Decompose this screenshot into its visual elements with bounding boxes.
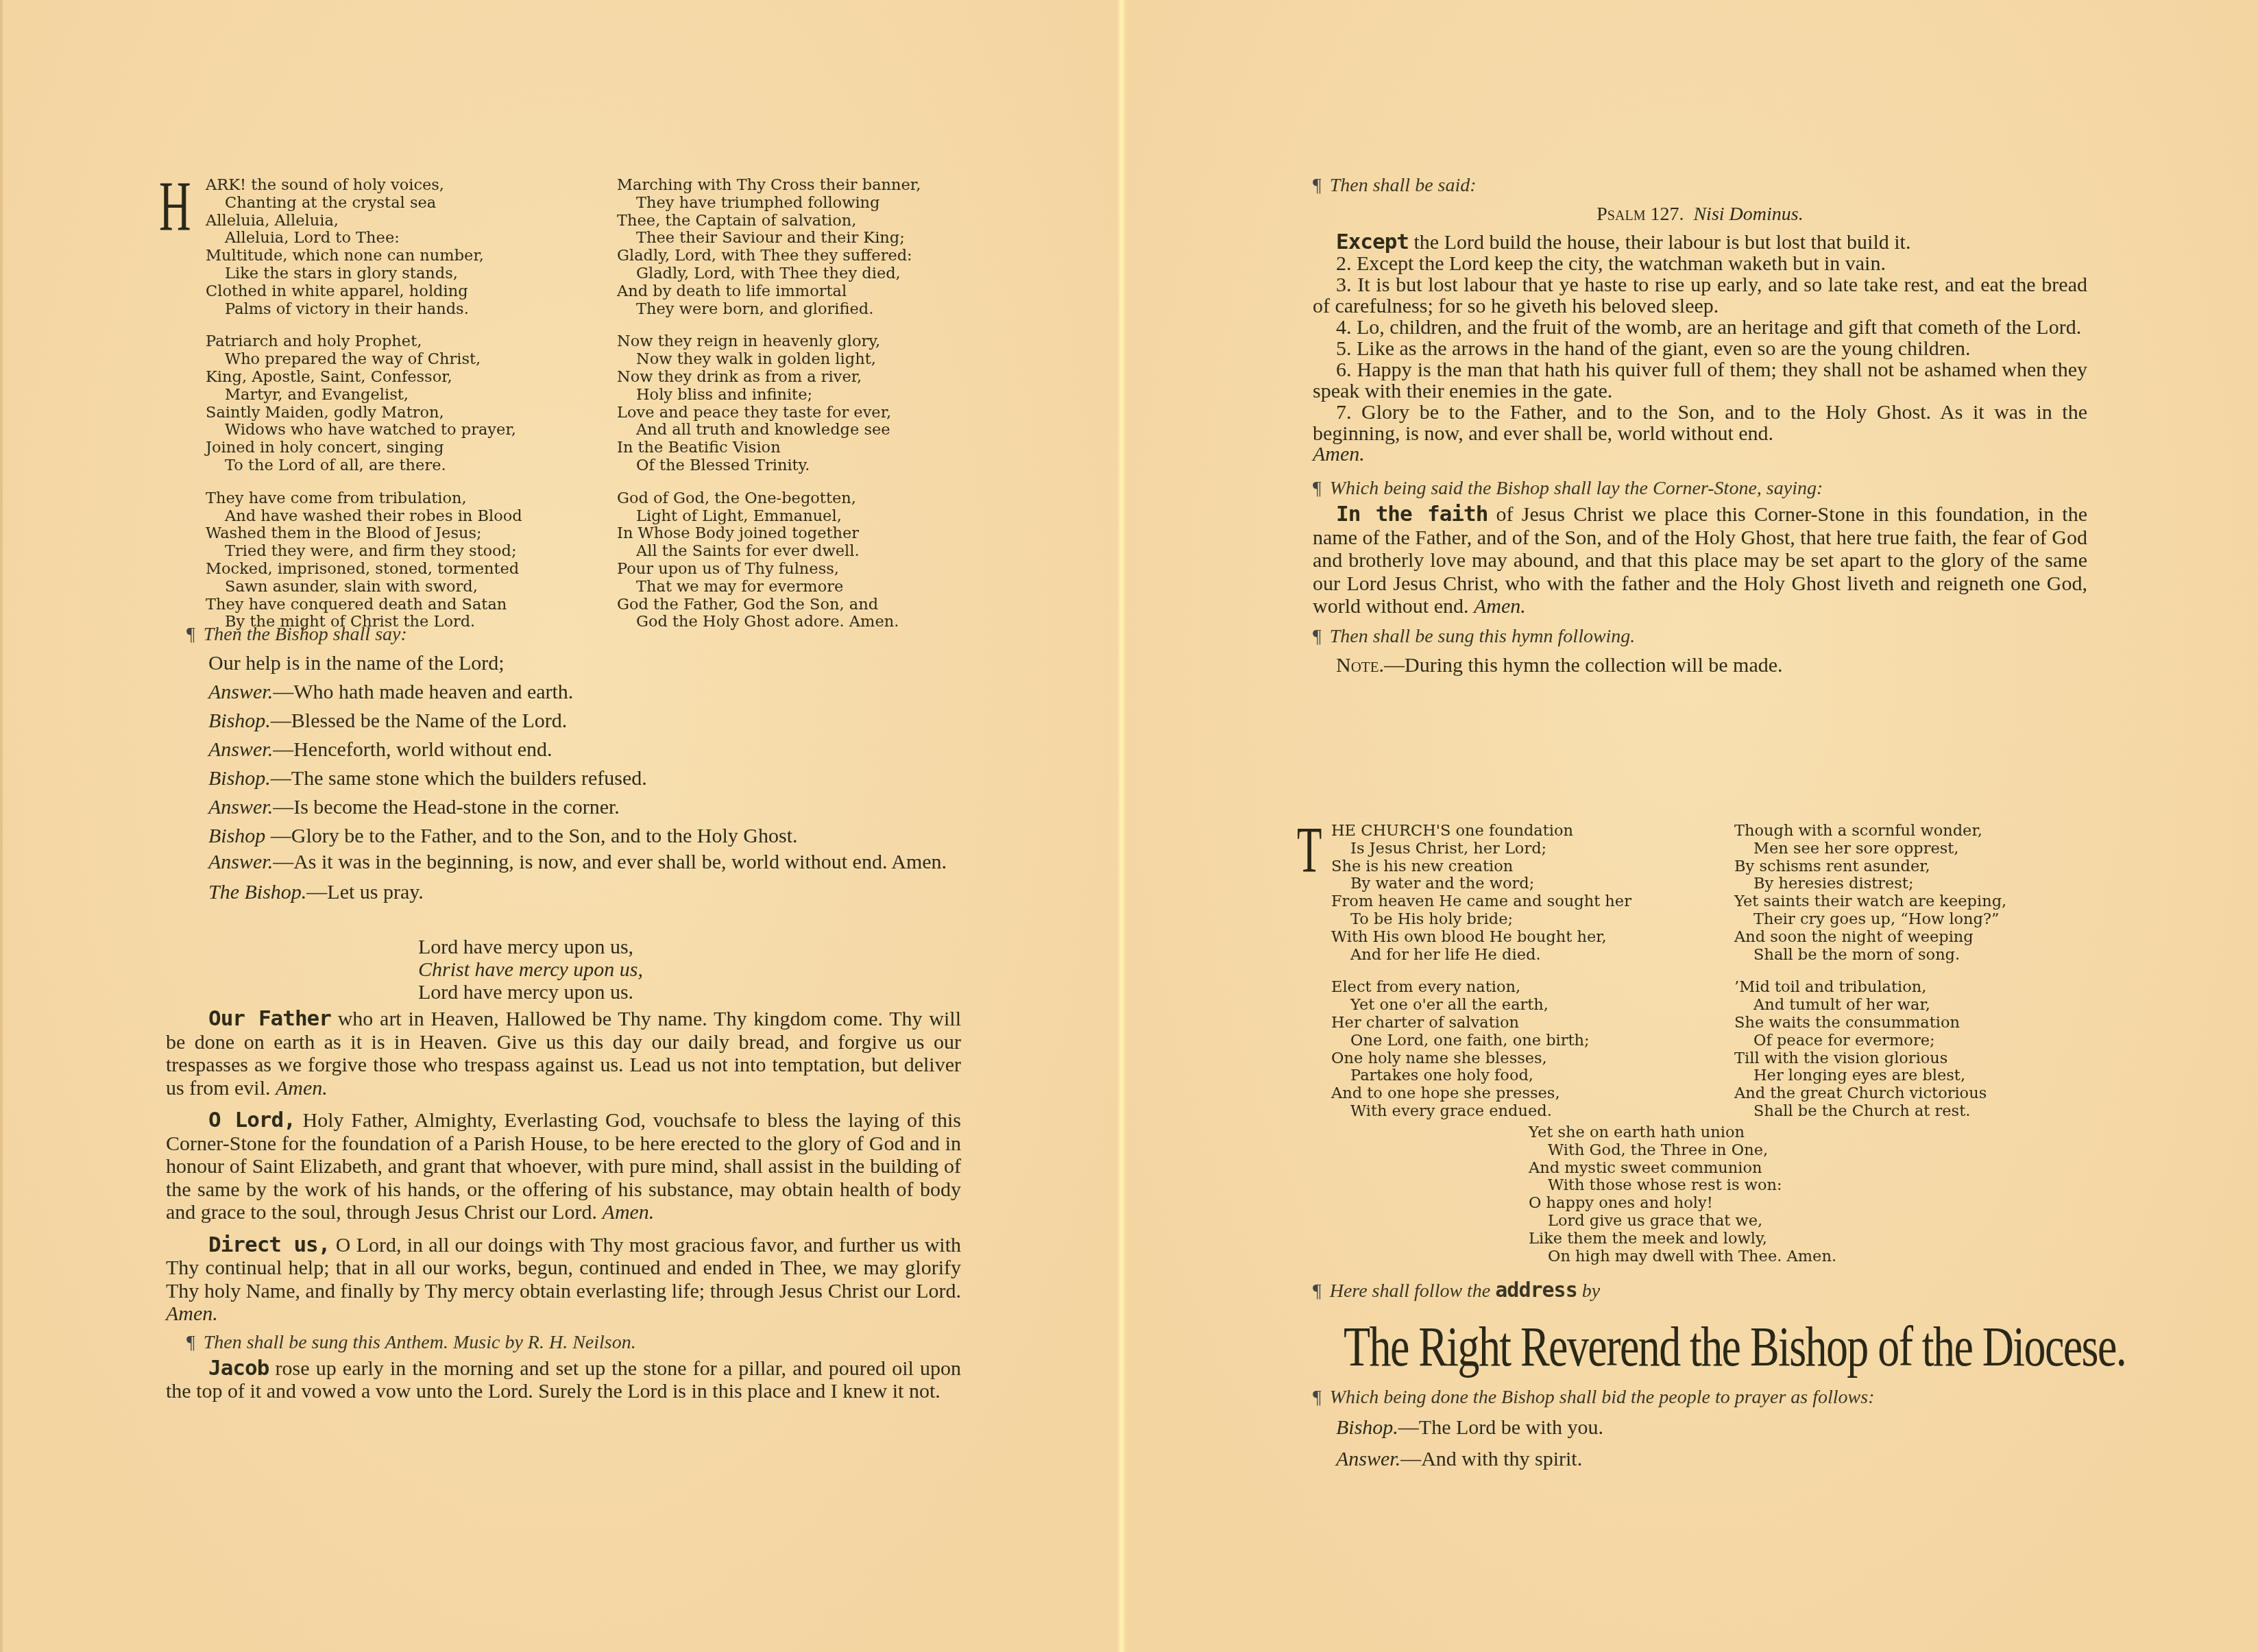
hymn-line: To the Lord of all, are there. — [206, 457, 522, 475]
pilcrow-icon: ¶ — [1313, 478, 1322, 499]
hymn-line: O happy ones and holy! — [1529, 1195, 1836, 1213]
hymn-line: Shall be the Church at rest. — [1734, 1103, 2006, 1121]
speaker-label: Answer. — [1336, 1448, 1400, 1470]
in-the-faith: In the faith of Jesus Christ we place th… — [1313, 503, 2087, 618]
page-edge — [0, 0, 3, 1652]
hymn-line: Chanting at the crystal sea — [206, 195, 522, 212]
hymn-line: Of the Blessed Trinity. — [617, 457, 921, 475]
hymn-stanza: Now they reign in heavenly glory,Now the… — [617, 333, 921, 474]
rubric-cornerstone: ¶Which being said the Bishop shall lay t… — [1313, 474, 2087, 503]
hymn-line: Thee their Saviour and their King; — [617, 230, 921, 247]
hymn-line: Martyr, and Evangelist, — [206, 387, 522, 404]
hymn-line: Now they reign in heavenly glory, — [617, 333, 921, 351]
hymn-stanza: ’Mid toil and tribulation,And tumult of … — [1734, 979, 2006, 1120]
closing-versicle: Bishop.—The Lord be with you. — [1336, 1412, 2087, 1444]
rubric-prayer: ¶Which being done the Bishop shall bid t… — [1313, 1383, 2087, 1412]
hymn-line: They have triumphed following — [617, 195, 921, 212]
hymn-stanza: Though with a scornful wonder,Men see he… — [1734, 823, 2006, 964]
hymn-line: And to one hope she presses, — [1331, 1085, 1631, 1103]
hymn-line: Men see her sore opprest, — [1734, 840, 2006, 858]
versicle-text: —The same stone which the builders refus… — [271, 767, 647, 790]
hymn1-column-1: ARK! the sound of holy voices,Chanting a… — [206, 177, 522, 646]
speaker-label: Answer. — [208, 681, 273, 703]
hymn-line: Till with the vision glorious — [1734, 1050, 2006, 1068]
versicle: Bishop.—The same stone which the builder… — [208, 764, 968, 793]
versicle-text: —Who hath made heaven and earth. — [273, 681, 573, 703]
hymn-line: Their cry goes up, “How long?” — [1734, 911, 2006, 929]
versicle-text: —Henceforth, world without end. — [273, 738, 552, 761]
hymn-line: Tried they were, and firm they stood; — [206, 543, 522, 561]
psalm-verse: Except the Lord build the house, their l… — [1313, 232, 2087, 253]
versicle-text: —Is become the Head-stone in the corner. — [273, 796, 620, 818]
hymn-line: Her charter of salvation — [1331, 1015, 1631, 1032]
hymn-line: Is Jesus Christ, her Lord; — [1331, 840, 1631, 858]
hymn-line: One Lord, one faith, one birth; — [1331, 1032, 1631, 1050]
speaker-label: Bishop — [208, 825, 265, 847]
versicle-text: —The Lord be with you. — [1398, 1416, 1603, 1439]
hymn-line: With every grace endued. — [1331, 1103, 1631, 1121]
psalm-verse: 3. It is but lost labour that ye haste t… — [1313, 274, 2087, 317]
hymn-line: To be His holy bride; — [1331, 911, 1631, 929]
versicle: Answer.—Is become the Head-stone in the … — [208, 793, 968, 822]
hymn-line: Patriarch and holy Prophet, — [206, 333, 522, 351]
rubric-then-said: ¶Then shall be said: — [1313, 171, 2087, 200]
hymn-line: From heaven He came and sought her — [1331, 893, 1631, 911]
hymn-line: On high may dwell with Thee. Amen. — [1529, 1248, 1836, 1266]
versicle: Our help is in the name of the Lord; — [208, 649, 968, 678]
hymn-line: And the great Church victorious — [1734, 1085, 2006, 1103]
hymn-line: Elect from every nation, — [1331, 979, 1631, 997]
psalm-verse: 4. Lo, children, and the fruit of the wo… — [1313, 317, 2087, 338]
rubric-hymn: ¶Then shall be sung this hymn following. — [1313, 622, 2087, 651]
verse-text: 2. Except the Lord keep the city, the wa… — [1336, 252, 1886, 275]
hymn-line: Now they drink as from a river, — [617, 369, 921, 387]
hymn-line: Clothed in white apparel, holding — [206, 283, 522, 301]
pilcrow-icon: ¶ — [1313, 1280, 1322, 1302]
center-fold — [1117, 0, 1127, 1652]
hymn-line: Partakes one holy food, — [1331, 1067, 1631, 1085]
hymn-stanza: Marching with Thy Cross their banner,The… — [617, 177, 921, 318]
hymn2-column-1: HE CHURCH'S one foundationIs Jesus Chris… — [1331, 823, 1631, 1136]
hymn-line: And soon the night of weeping — [1734, 929, 2006, 947]
pilcrow-icon: ¶ — [1313, 1387, 1322, 1408]
hymn-line: One holy name she blesses, — [1331, 1050, 1631, 1068]
versicle-text: —Glory be to the Father, and to the Son,… — [265, 825, 797, 847]
hymn-line: They were born, and glorified. — [617, 301, 921, 319]
hymn-line: Sawn asunder, slain with sword, — [206, 579, 522, 596]
hymn-line: Washed them in the Blood of Jesus; — [206, 525, 522, 543]
lords-prayer: Our Father who art in Heaven, Hallowed b… — [166, 1008, 961, 1100]
address-rubric: ¶Here shall follow the address by — [1313, 1276, 2087, 1306]
hymn-line: All the Saints for ever dwell. — [617, 543, 921, 561]
versicle-text: Our help is in the name of the Lord; — [208, 652, 505, 675]
hymn2-final-stanza: Yet she on earth hath unionWith God, the… — [1529, 1124, 1836, 1265]
speaker-label: Answer. — [208, 738, 273, 761]
hymn-line: She is his new creation — [1331, 858, 1631, 876]
verse-text: 3. It is but lost labour that ye haste t… — [1313, 274, 2087, 317]
address-title: The Right Reverend the Bishop of the Dio… — [1344, 1315, 2126, 1379]
hymn-line: Pour upon us of Thy fulness, — [617, 561, 921, 579]
pilcrow-icon: ¶ — [186, 1332, 195, 1353]
psalm-block: ¶Then shall be said: Psalm 127. Nisi Dom… — [1313, 171, 2087, 680]
psalm-heading: Psalm 127. Nisi Dominus. — [1313, 200, 2087, 229]
hymn-line: Gladly, Lord, with Thee they suffered: — [617, 247, 921, 265]
psalm-verse: 5. Like as the arrows in the hand of the… — [1313, 338, 2087, 359]
hymn-line: She waits the consummation — [1734, 1015, 2006, 1032]
closing-versicles: Bishop.—The Lord be with you.Answer.—And… — [1313, 1412, 2087, 1475]
verse-text: 5. Like as the arrows in the hand of the… — [1336, 337, 1971, 360]
speaker-label: Bishop. — [208, 767, 271, 790]
hymn-line: With God, the Three in One, — [1529, 1142, 1836, 1160]
hymn-line: Like the stars in glory stands, — [206, 265, 522, 283]
versicle-list: Our help is in the name of the Lord;Answ… — [186, 649, 968, 851]
hymn-line: By heresies distrest; — [1734, 875, 2006, 893]
speaker-label: Answer. — [208, 796, 273, 818]
versicle: Bishop.—Blessed be the Name of the Lord. — [208, 707, 968, 736]
versicles-block: ¶Then the Bishop shall say: Our help is … — [186, 620, 968, 907]
versicle: Answer.—Henceforth, world without end. — [208, 736, 968, 764]
psalm-verses: Except the Lord build the house, their l… — [1313, 232, 2087, 444]
versicle-text: —Blessed be the Name of the Lord. — [271, 709, 567, 732]
verse-text: 7. Glory be to the Father, and to the So… — [1313, 401, 2087, 445]
gloria-answer: Answer.—As it was in the beginning, is n… — [186, 851, 968, 874]
hymn-line: Though with a scornful wonder, — [1734, 823, 2006, 840]
hymn-line: Alleluia, Alleluia, — [206, 212, 522, 230]
hymn-line: Palms of victory in their hands. — [206, 301, 522, 319]
hymn-line: Of peace for evermore; — [1734, 1032, 2006, 1050]
hymn-line: King, Apostle, Saint, Confessor, — [206, 369, 522, 387]
psalm-verse: 2. Except the Lord keep the city, the wa… — [1313, 253, 2087, 274]
hymn-line: Yet saints their watch are keeping, — [1734, 893, 2006, 911]
hymn-line: Like them the meek and lowly, — [1529, 1230, 1836, 1248]
hymn-line: And mystic sweet communion — [1529, 1160, 1836, 1178]
hymn-line: And all truth and knowledge see — [617, 422, 921, 439]
hymn-line: And for her life He died. — [1331, 947, 1631, 964]
hymn-stanza: Elect from every nation,Yet one o'er all… — [1331, 979, 1631, 1120]
hymn-line: Widows who have watched to prayer, — [206, 422, 522, 439]
versicle-text: —And with thy spirit. — [1400, 1448, 1582, 1470]
hymn-line: Gladly, Lord, with Thee they died, — [617, 265, 921, 283]
pilcrow-icon: ¶ — [1313, 175, 1322, 196]
hymn-line: Yet she on earth hath union — [1529, 1124, 1836, 1142]
rubric-bishop-say: ¶Then the Bishop shall say: — [186, 620, 968, 649]
hymn-line: With His own blood He bought her, — [1331, 929, 1631, 947]
pilcrow-icon: ¶ — [186, 624, 195, 645]
hymn-line: Light of Light, Emmanuel, — [617, 508, 921, 526]
prayers-block: Our Father who art in Heaven, Hallowed b… — [166, 1008, 961, 1403]
hymn-line: They have conquered death and Satan — [206, 596, 522, 614]
hymn-line: By schisms rent asunder, — [1734, 858, 2006, 876]
speaker-label: Bishop. — [208, 709, 271, 732]
hymn-line: God of God, the One-begotten, — [617, 490, 921, 508]
hymn1-column-2: Marching with Thy Cross their banner,The… — [617, 177, 921, 646]
hymn-line: Shall be the morn of song. — [1734, 947, 2006, 964]
verse-text: the Lord build the house, their labour i… — [1409, 231, 1910, 254]
hymn-line: And by death to life immortal — [617, 283, 921, 301]
hymn-line: Love and peace they taste for ever, — [617, 404, 921, 422]
speaker-label: Bishop. — [1336, 1416, 1398, 1439]
verse-lead: Except — [1336, 230, 1409, 254]
hymn-line: Her longing eyes are blest, — [1734, 1067, 2006, 1085]
hymn-line: Saintly Maiden, godly Matron, — [206, 404, 522, 422]
hymn-stanza: ARK! the sound of holy voices,Chanting a… — [206, 177, 522, 318]
hymn-line: Mocked, imprisoned, stoned, tormented — [206, 561, 522, 579]
hymn-line: And tumult of her war, — [1734, 997, 2006, 1015]
direct-us-prayer: Direct us, O Lord, in all our doings wit… — [166, 1234, 961, 1326]
hymn-stanza: HE CHURCH'S one foundationIs Jesus Chris… — [1331, 823, 1631, 964]
hymn-line: In Whose Body joined together — [617, 525, 921, 543]
psalm-verse: 7. Glory be to the Father, and to the So… — [1313, 402, 2087, 444]
hymn-line: God the Father, God the Son, and — [617, 596, 921, 614]
closing-block: ¶Which being done the Bishop shall bid t… — [1313, 1383, 2087, 1475]
versicle: Bishop —Glory be to the Father, and to t… — [208, 822, 968, 851]
hymn-line: Now they walk in golden light, — [617, 351, 921, 369]
collection-note: Note.—During this hymn the collection wi… — [1313, 651, 2087, 680]
dropcap-t: T — [1297, 823, 1322, 877]
hymn-line: In the Beatific Vision — [617, 439, 921, 457]
let-us-pray: The Bishop.—Let us pray. — [186, 878, 968, 907]
hymn-line: That we may for evermore — [617, 579, 921, 596]
hymn-line: And have washed their robes in Blood — [206, 508, 522, 526]
hymn-line: ’Mid toil and tribulation, — [1734, 979, 2006, 997]
versicle: Answer.—Who hath made heaven and earth. — [208, 678, 968, 707]
psalm-amen: Amen. — [1313, 444, 2087, 465]
kyrie: Lord have mercy upon us, Christ have mer… — [418, 936, 643, 1004]
corner-stone-prayer: O Lord, Holy Father, Almighty, Everlasti… — [166, 1109, 961, 1224]
hymn-line: Lord give us grace that we, — [1529, 1213, 1836, 1230]
hymn-line: Marching with Thy Cross their banner, — [617, 177, 921, 195]
hymn-line: Holy bliss and infinite; — [617, 387, 921, 404]
hymn-line: Alleluia, Lord to Thee: — [206, 230, 522, 247]
hymn-line: Joined in holy concert, singing — [206, 439, 522, 457]
verse-text: 6. Happy is the man that hath his quiver… — [1313, 359, 2087, 402]
hymn2-column-2: Though with a scornful wonder,Men see he… — [1734, 823, 2006, 1136]
closing-versicle: Answer.—And with thy spirit. — [1336, 1444, 2087, 1475]
pilcrow-icon: ¶ — [1313, 626, 1322, 647]
verse-text: 4. Lo, children, and the fruit of the wo… — [1336, 316, 2081, 339]
dropcap-h: H — [159, 180, 191, 234]
psalm-verse: 6. Happy is the man that hath his quiver… — [1313, 359, 2087, 402]
hymn-stanza: God of God, the One-begotten,Light of Li… — [617, 490, 921, 631]
hymn-line: They have come from tribulation, — [206, 490, 522, 508]
hymn-stanza: They have come from tribulation,And have… — [206, 490, 522, 631]
hymn-line: By water and the word; — [1331, 875, 1631, 893]
hymn-line: ARK! the sound of holy voices, — [206, 177, 522, 195]
anthem-text: Jacob rose up early in the morning and s… — [166, 1357, 961, 1403]
hymn-line: Who prepared the way of Christ, — [206, 351, 522, 369]
hymn-line: HE CHURCH'S one foundation — [1331, 823, 1631, 840]
hymn-line: Thee, the Captain of salvation, — [617, 212, 921, 230]
hymn-stanza: Patriarch and holy Prophet,Who prepared … — [206, 333, 522, 474]
hymn-line: Yet one o'er all the earth, — [1331, 997, 1631, 1015]
hymn-line: With those whose rest is won: — [1529, 1177, 1836, 1195]
hymn-line: Multitude, which none can number, — [206, 247, 522, 265]
rubric-anthem: ¶Then shall be sung this Anthem. Music b… — [166, 1328, 961, 1357]
